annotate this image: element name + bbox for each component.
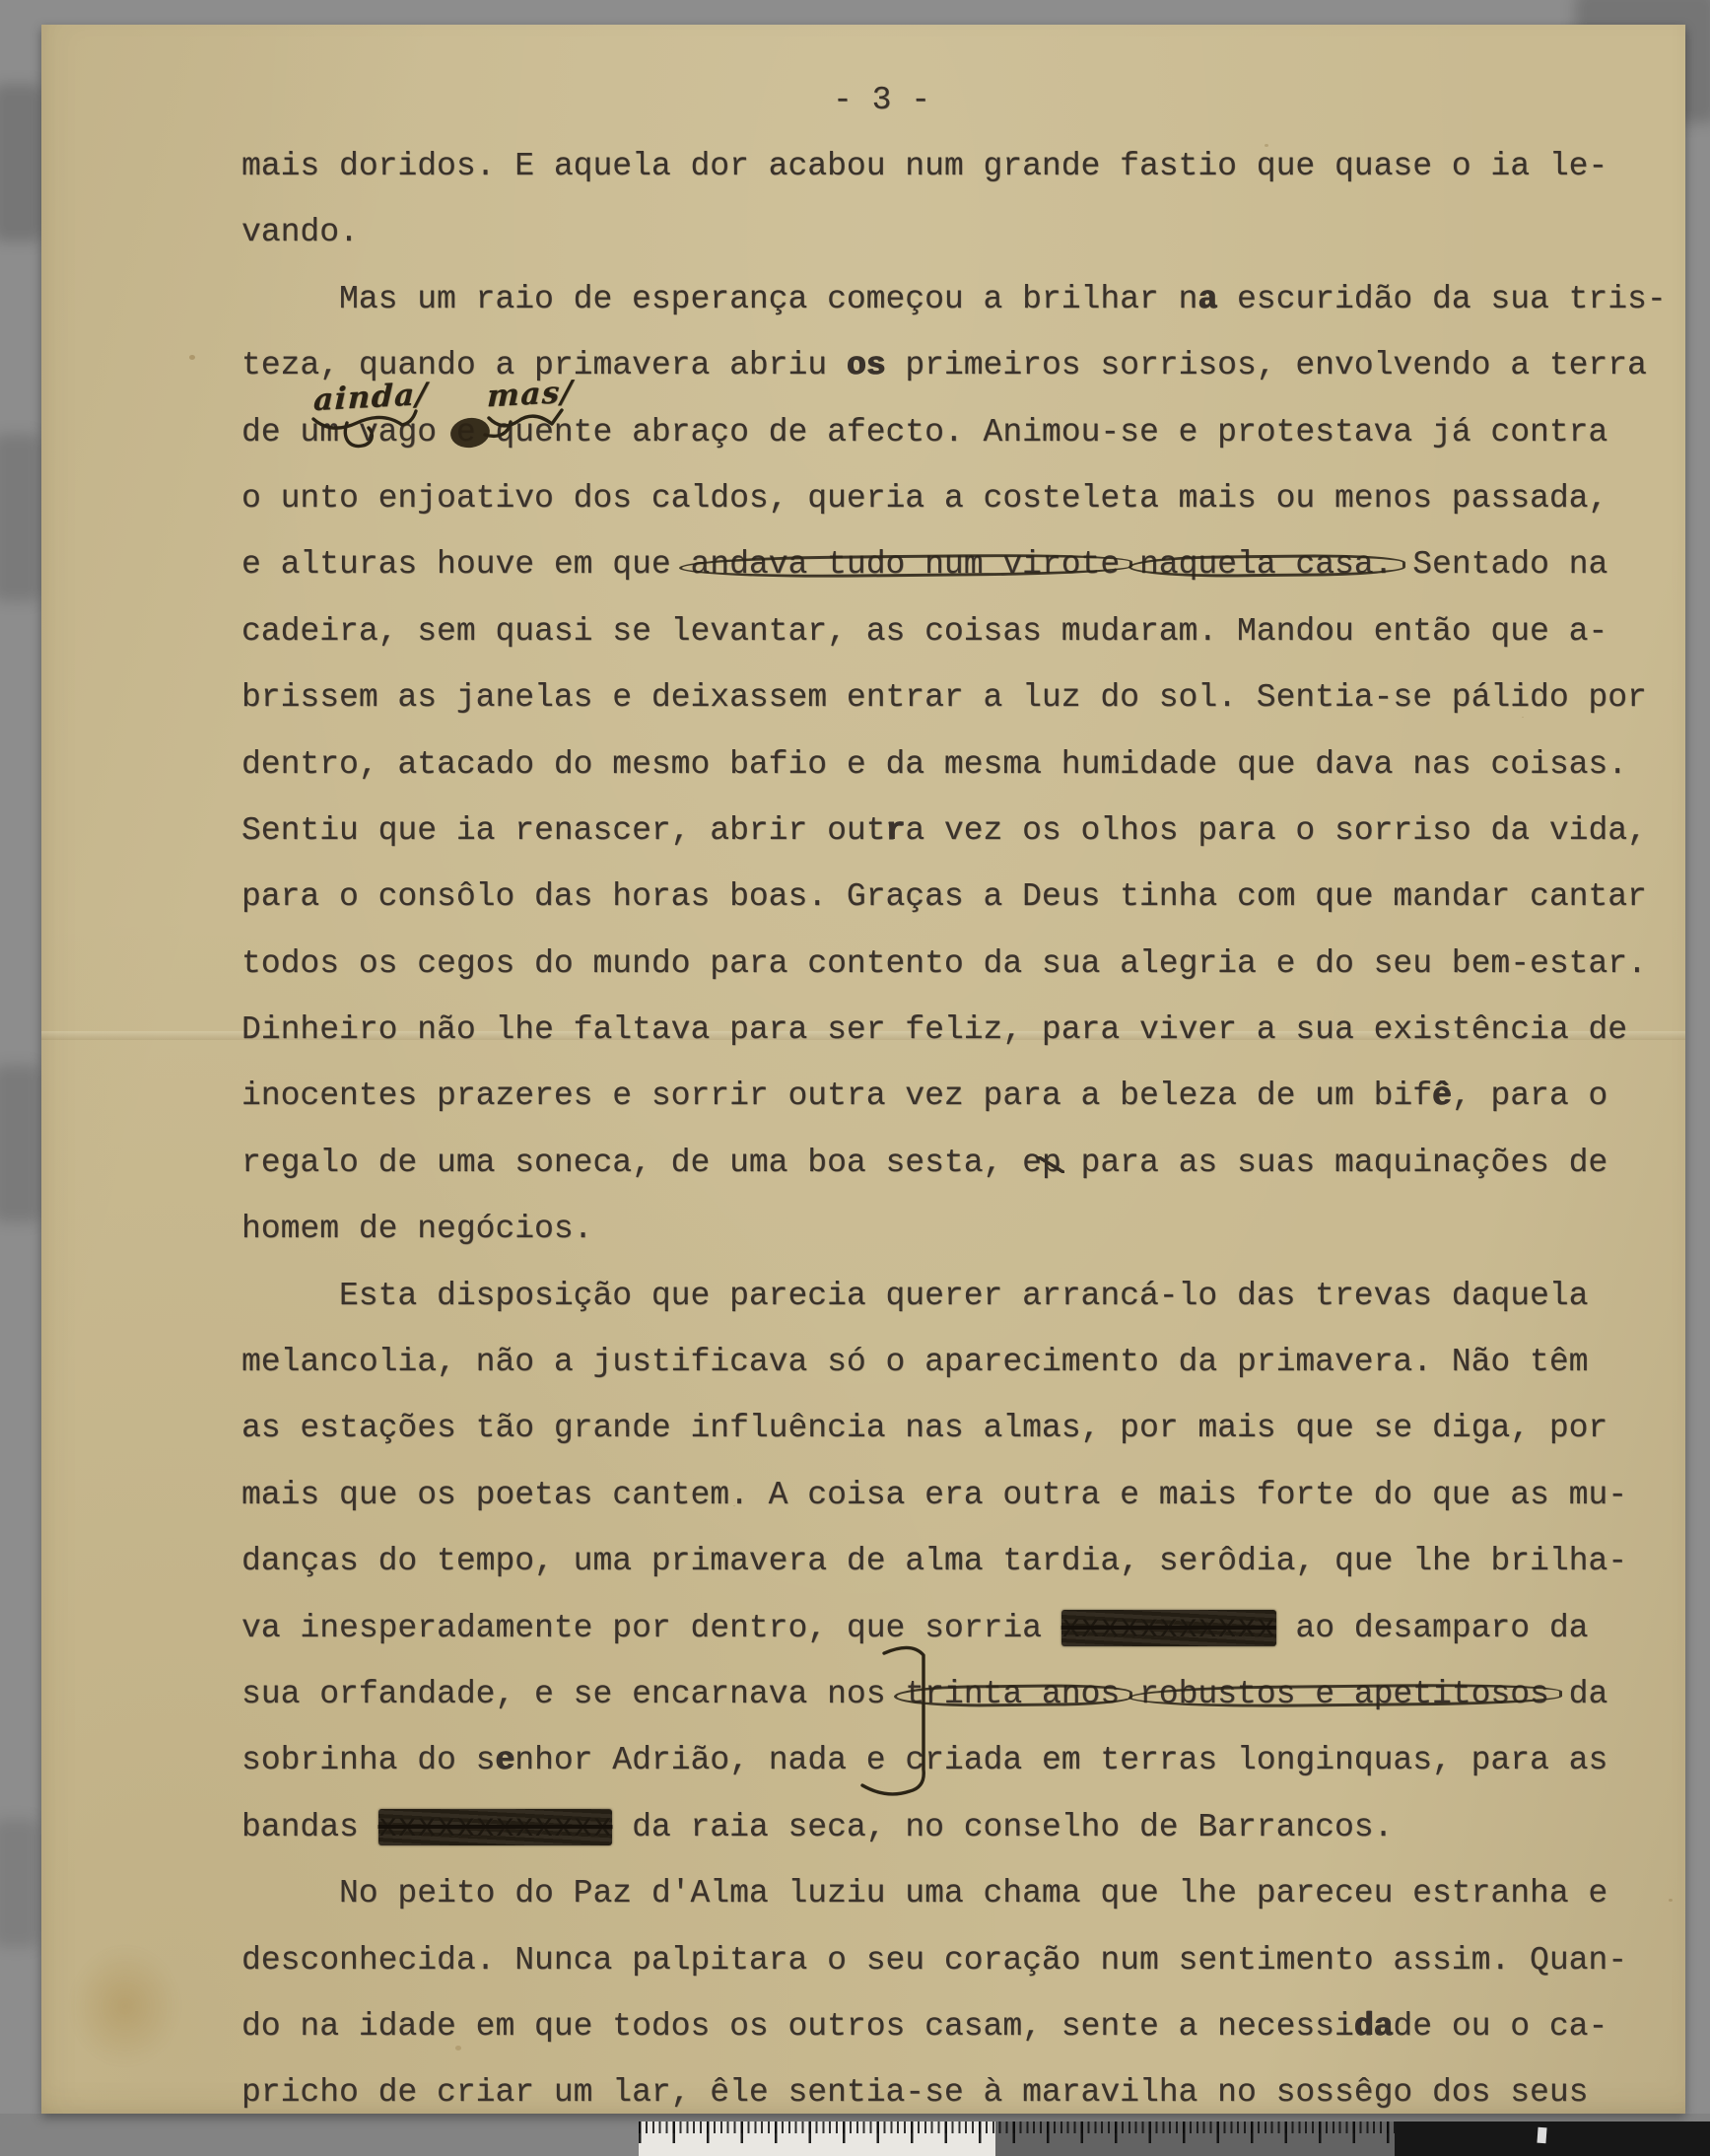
typed-segment: a vez os olhos para o sorriso da vida, [905,812,1647,849]
typed-segment: da raia seca, no conselho de Barrancos. [612,1809,1393,1845]
typed-line: bandas xxxxxxxxxxxx da raia seca, no con… [241,1794,1690,1860]
typed-line: do na idade em que todos os outros casam… [241,1993,1690,2059]
typed-segment: melancolia, não a justificava só o apare… [241,1344,1588,1380]
typed-text: mais doridos. E aquela dor acabou num gr… [241,133,1690,2126]
scan-shadow-top-left [0,84,43,242]
scan-shadow-left-mid [0,434,41,601]
typed-segment: , para o [1452,1078,1607,1114]
typed-segment: escuridão da sua tris- [1217,281,1666,317]
typed-segment: mais que os poetas cantem. A coisa era o… [241,1477,1627,1513]
typed-segment: do na idade em que todos os outros casam… [241,2008,1354,2045]
typed-line: teza, quando a primavera abriu os primei… [241,332,1690,398]
typed-segment: sobrinha do s [241,1742,495,1778]
slashed-out-letter: p [1042,1145,1061,1181]
typed-line: danças do tempo, uma primavera de alma t… [241,1528,1690,1594]
typed-line: Dinheiro não lhe faltava para ser feliz,… [241,997,1690,1063]
pen-circled-phrase: andava tudo num virote [690,546,1120,583]
typed-line: mais que os poetas cantem. A coisa era o… [241,1462,1690,1528]
scanned-typescript-page: { "colors": { "paper": "#c9ba91", "backg… [0,0,1710,2156]
typed-line: Sentiu que ia renascer, abrir outra vez … [241,798,1690,864]
typed-segment: Mas um raio de esperança começou a brilh… [339,281,1197,317]
typed-segment: cadeira, sem quasi se levantar, as coisa… [241,613,1607,650]
page-number: - 3 - [833,82,1030,118]
typed-line: sobrinha do senhor Adrião, nada e criada… [241,1727,1690,1793]
typed-segment: Esta disposição que parecia querer arran… [339,1278,1588,1314]
ruler-black-section [1395,2121,1710,2156]
typed-segment: para o consôlo das horas boas. Graças a … [241,878,1647,915]
typed-segment: homem de negócios. [241,1211,592,1247]
typed-line: Mas um raio de esperança começou a brilh… [241,266,1690,332]
scan-shadow-left-lower [0,1065,41,1222]
typed-segment [1120,546,1139,583]
typed-line: para o consôlo das horas boas. Graças a … [241,864,1690,930]
pen-circled-phrase: naquela casa. [1139,546,1393,583]
typed-line: vando. [241,199,1690,265]
typed-segment: No peito do Paz d'Alma luziu uma chama q… [339,1875,1607,1912]
typed-line: regalo de uma soneca, de uma boa sesta, … [241,1130,1690,1196]
typed-segment: mais doridos. E aquela dor acabou num gr… [241,148,1607,184]
typed-segment: o unto enjoativo dos caldos, queria a co… [241,480,1607,517]
typed-line: cadeira, sem quasi se levantar, as coisa… [241,598,1690,664]
pen-circled-phrase: trinta anos [905,1676,1120,1712]
typed-line: sua orfandade, e se encarnava nos trinta… [241,1661,1690,1727]
typed-segment: de um vago e quente abraço de afecto. An… [241,414,1607,451]
typed-line: o unto enjoativo dos caldos, queria a co… [241,465,1690,531]
handwritten-insertion-mas: mas/ [486,375,574,415]
typed-line: as estações tão grande influência nas al… [241,1395,1690,1461]
typed-line: brissem as janelas e deixassem entrar a … [241,664,1690,730]
typed-segment: e alturas houve em que [241,546,690,583]
typed-line: desconhecida. Nunca palpitara o seu cora… [241,1927,1690,1993]
typed-segment: de ou o ca- [1393,2008,1607,2045]
typed-segment: r [886,812,906,849]
typed-segment: Dinheiro não lhe faltava para ser feliz,… [241,1011,1627,1048]
typed-segment: dentro, atacado do mesmo bafio e da mesm… [241,746,1627,783]
pen-circled-phrase: robustos e apetitosos [1139,1676,1549,1712]
typed-segment: da [1549,1676,1607,1712]
typed-line: Esta disposição que parecia querer arran… [241,1263,1690,1329]
typed-line: de um vago e quente abraço de afecto. An… [241,399,1690,465]
typed-segment: todos os cegos do mundo para contento da… [241,945,1647,982]
typed-line: dentro, atacado do mesmo bafio e da mesm… [241,731,1690,798]
typed-segment [1120,1676,1139,1712]
typed-segment: inocentes prazeres e sorrir outra vez pa… [241,1078,1432,1114]
typed-segment: Sentiu que ia renascer, abrir out [241,812,886,849]
typed-line: va inesperadamente por dentro, que sorri… [241,1595,1690,1661]
paper-sheet: - 3 - mais doridos. E aquela dor acabou … [41,25,1685,2114]
ruler-major-ticks [639,2121,1395,2143]
typed-segment: ao desamparo da [1276,1610,1589,1646]
typed-segment: primeiros sorrisos, envolvendo a terra [886,347,1647,383]
typed-line: todos os cegos do mundo para contento da… [241,931,1690,997]
typed-segment: va inesperadamente por dentro, que sorri… [241,1610,1061,1646]
foxing-specks [189,355,195,360]
typed-segment: bandas [241,1809,378,1845]
typed-line: inocentes prazeres e sorrir outra vez pa… [241,1063,1690,1129]
handwritten-insertion-ainda: ainda/ [312,377,429,418]
typed-segment: sua orfandade, e se encarnava nos [241,1676,905,1712]
paper-stain [71,1947,179,2065]
typed-segment: para as suas maquinações de [1061,1145,1608,1181]
typed-line: No peito do Paz d'Alma luziu uma chama q… [241,1860,1690,1926]
typed-segment: da [1354,2008,1394,2045]
typed-line: pricho de criar um lar, êle sentia-se à … [241,2059,1690,2125]
typed-line: melancolia, não a justificava só o apare… [241,1329,1690,1395]
struck-out-word: xxxxxxxxxxx [1061,1610,1276,1646]
typed-segment: pricho de criar um lar, êle sentia-se à … [241,2074,1588,2111]
typed-line: mais doridos. E aquela dor acabou num gr… [241,133,1690,199]
ruler-white-mark [1537,2127,1546,2144]
scan-shadow-left-bottom [0,1819,39,1947]
typed-segment: e [495,1742,514,1778]
typed-segment: desconhecida. Nunca palpitara o seu cora… [241,1942,1627,1979]
typed-segment: Sentado na [1393,546,1607,583]
typed-segment: danças do tempo, uma primavera de alma t… [241,1543,1627,1579]
typed-line: e alturas houve em que andava tudo num v… [241,531,1690,597]
typed-segment: vando. [241,214,359,250]
typed-segment: os [847,347,886,383]
ruler-scale-bar [639,2121,1710,2156]
typed-segment: a [1197,281,1217,317]
typed-line: homem de negócios. [241,1196,1690,1262]
typed-segment: ê [1432,1078,1452,1114]
typed-segment: brissem as janelas e deixassem entrar a … [241,679,1647,716]
typed-segment: nhor Adrião, nada e criada em terras lon… [514,1742,1607,1778]
struck-out-word: xxxxxxxxxxxx [378,1809,613,1845]
typed-segment: regalo de uma soneca, de uma boa sesta, … [241,1145,1042,1181]
typed-segment: as estações tão grande influência nas al… [241,1410,1607,1446]
